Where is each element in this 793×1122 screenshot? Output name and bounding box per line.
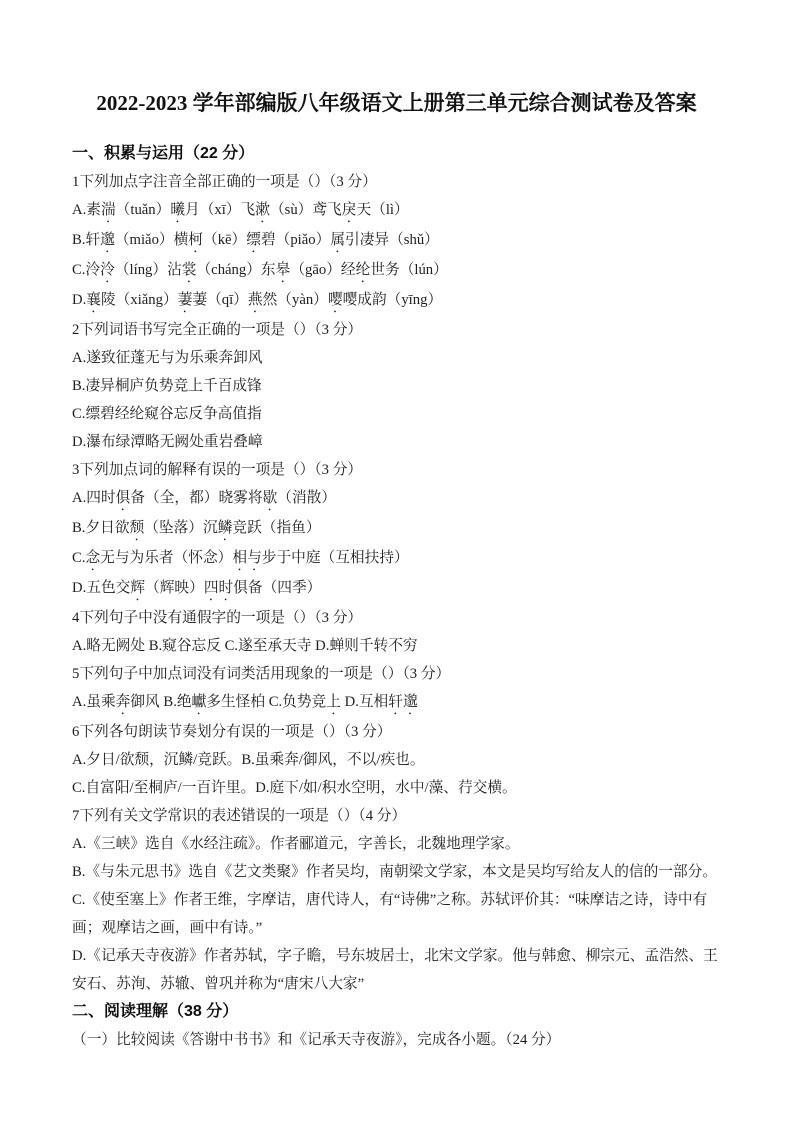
dotted-emphasis-char: 漱 — [255, 202, 270, 218]
text-line: B.轩邈（miǎo）横柯（kē）缥碧（piǎo）属引凄异（shǔ） — [72, 226, 721, 256]
section-heading: 二、阅读理解（38 分） — [72, 998, 721, 1026]
text-line: 4下列句子中没有通假字的一项是（）（3 分） — [72, 604, 721, 632]
text-line: 7下列有关文学常识的表述错误的一项是（）（4 分） — [72, 802, 721, 830]
text-line: A.虽乘奔御风 B.绝巘多生怪柏 C.负势竞上 D.互相轩邈 — [72, 688, 721, 718]
dotted-emphasis-char: 辉 — [130, 580, 145, 596]
dotted-emphasis-char: 戾 — [342, 202, 357, 218]
dotted-emphasis-char: 皋 — [276, 262, 291, 278]
text-line: A.四时俱备（全，都）晓雾将歇（消散） — [72, 484, 721, 514]
dotted-emphasis-char: 轩 — [388, 694, 403, 710]
text-line: C.《使至塞上》作者王维，字摩诘，唐代诗人，有“诗佛”之称。苏轼评价其：“味摩诘… — [72, 886, 721, 942]
text-line: （一）比较阅读《答谢中书书》和《记承天寺夜游》，完成各小题。（24 分） — [72, 1026, 721, 1054]
dotted-emphasis-char: 俱 — [116, 490, 131, 506]
text-line: C.自富阳/至桐庐/一百许里。D.庭下/如/积水空明，水中/藻、荇交横。 — [72, 774, 721, 802]
section-heading: 一、积累与运用（22 分） — [72, 140, 721, 168]
text-line: B.《与朱元思书》选自《艺文类聚》作者吴均，南朝梁文学家，本文是吴均写给友人的信… — [72, 858, 721, 886]
text-line: D.《记承天寺夜游》作者苏轼，字子瞻，号东坡居士，北宋文学家。他与韩愈、柳宗元、… — [72, 942, 721, 998]
text-line: C.缥碧经纶窥谷忘反争高值指 — [72, 400, 721, 428]
dotted-emphasis-char: 湍 — [101, 202, 116, 218]
text-line: 6下列各句朗读节奏划分有误的一项是（）（3 分） — [72, 718, 721, 746]
document-page: 2022-2023 学年部编版八年级语文上册第三单元综合测试卷及答案 一、积累与… — [0, 0, 793, 1122]
text-line: 2下列词语书写完全正确的一项是（）（3 分） — [72, 316, 721, 344]
dotted-emphasis-char: 巘 — [192, 694, 207, 710]
dotted-emphasis-char: 鳞 — [218, 520, 233, 536]
text-line: D.瀑布绿潭略无阙处重岩叠嶂 — [72, 428, 721, 456]
text-line: B.夕日欲颓（坠落）沉鳞竞跃（指鱼） — [72, 514, 721, 544]
dotted-emphasis-char: 奔 — [116, 694, 131, 710]
dotted-emphasis-char: 时 — [219, 580, 234, 596]
dotted-emphasis-char: 嘤 — [328, 292, 343, 308]
document-title: 2022-2023 学年部编版八年级语文上册第三单元综合测试卷及答案 — [72, 88, 721, 118]
dotted-emphasis-char: 与 — [247, 550, 262, 566]
dotted-emphasis-char: 柯 — [188, 232, 203, 248]
text-line: 5下列句子中加点词没有词类活用现象的一项是（）（3 分） — [72, 660, 721, 688]
text-line: 1下列加点字注音全部正确的一项是（）（3 分） — [72, 168, 721, 196]
dotted-emphasis-char: 缥 — [246, 232, 261, 248]
dotted-emphasis-char: 邈 — [100, 232, 115, 248]
dotted-emphasis-char: 上 — [326, 694, 341, 710]
text-line: D.五色交辉（辉映）四时俱备（四季） — [72, 574, 721, 604]
dotted-emphasis-char: 相 — [232, 550, 247, 566]
text-line: D.襄陵（xiǎng）萋萋（qī）燕然（yàn）嘤嘤成韵（yīng） — [72, 286, 721, 316]
dotted-emphasis-char: 裳 — [182, 262, 197, 278]
text-line: C.泠泠（líng）沾裳（cháng）东皋（gāo）经纶世务（lún） — [72, 256, 721, 286]
dotted-emphasis-char: 歇 — [263, 490, 278, 506]
dotted-emphasis-char: 颓 — [130, 520, 145, 536]
text-line: A.《三峡》选自《水经注疏》。作者郦道元，字善长，北魏地理学家。 — [72, 830, 721, 858]
dotted-emphasis-char: 纶 — [356, 262, 371, 278]
text-line: A.略无阙处 B.窥谷忘反 C.遂至承天寺 D.蝉则千转不穷 — [72, 632, 721, 660]
text-line: C.念无与为乐者（怀念）相与步于中庭（互相扶持） — [72, 544, 721, 574]
dotted-emphasis-char: 燕 — [248, 292, 263, 308]
text-line: 3下列加点词的解释有误的一项是（）（3 分） — [72, 456, 721, 484]
text-line: A.夕日/欲颓，沉鳞/竞跃。B.虽乘奔/御风，不以/疾也。 — [72, 746, 721, 774]
dotted-emphasis-char: 襄 — [86, 292, 101, 308]
dotted-emphasis-char: 念 — [85, 550, 100, 566]
dotted-emphasis-char: 属 — [330, 232, 345, 248]
text-line: B.凄异桐庐负势竞上千百成锋 — [72, 372, 721, 400]
text-line: A.遂致征蓬无与为乐乘奔卸风 — [72, 344, 721, 372]
text-line: A.素湍（tuǎn）曦月（xī）飞漱（sù）鸢飞戾天（lì） — [72, 196, 721, 226]
dotted-emphasis-char: 萋 — [178, 292, 193, 308]
dotted-emphasis-char: 四 — [204, 580, 219, 596]
dotted-emphasis-char: 邈 — [403, 694, 418, 710]
dotted-emphasis-char: 泠 — [100, 262, 115, 278]
document-body: 一、积累与运用（22 分）1下列加点字注音全部正确的一项是（）（3 分）A.素湍… — [72, 140, 721, 1054]
dotted-emphasis-char: 曦 — [170, 202, 185, 218]
